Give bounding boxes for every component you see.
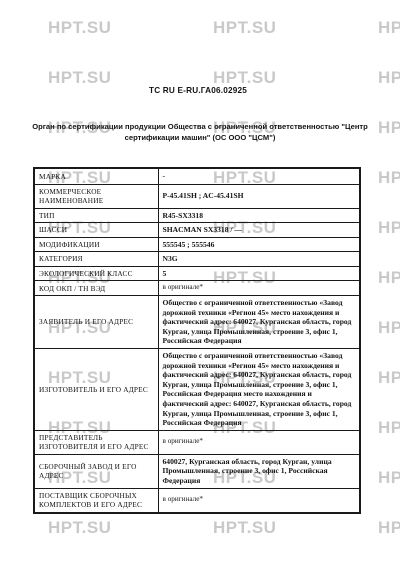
- table-row: МАРКА -: [34, 168, 360, 184]
- watermark-text: HPT.SU: [378, 168, 400, 188]
- table-row: ШАССИ SHACMAN SX3318 / —: [34, 223, 360, 238]
- watermark-text: HPT.SU: [48, 68, 111, 88]
- table-row: ПРЕДСТАВИТЕЛЬ ИЗГОТОВИТЕЛЯ И ЕГО АДРЕС в…: [34, 430, 360, 454]
- table-row: ТИП R45-SX3318: [34, 208, 360, 223]
- watermark-text: HPT.SU: [213, 18, 276, 38]
- watermark-text: HPT.SU: [378, 368, 400, 388]
- row-label: ЭКОЛОГИЧЕСКИЙ КЛАСС: [34, 266, 158, 281]
- certificate-page: HPT.SUHPT.SUHPT.SUHPT.SUHPT.SUHPT.SUHPT.…: [0, 0, 400, 565]
- watermark-text: HPT.SU: [213, 518, 276, 538]
- row-label: ЗАЯВИТЕЛЬ И ЕГО АДРЕС: [34, 296, 158, 349]
- row-value: N3G: [158, 252, 360, 267]
- row-label: ИЗГОТОВИТЕЛЬ И ЕГО АДРЕС: [34, 349, 158, 431]
- row-value: в оригинале*: [158, 281, 360, 296]
- table-row: ЭКОЛОГИЧЕСКИЙ КЛАСС 5: [34, 266, 360, 281]
- row-value: 5: [158, 266, 360, 281]
- watermark-text: HPT.SU: [378, 418, 400, 438]
- watermark-text: HPT.SU: [378, 218, 400, 238]
- watermark-text: HPT.SU: [378, 318, 400, 338]
- certificate-number: ТС RU E-RU.ГА06.02925: [0, 86, 396, 95]
- row-label: ШАССИ: [34, 223, 158, 238]
- certification-body-name: Орган по сертификации продукции Общества…: [30, 122, 370, 143]
- row-value: 640027, Курганская область, город Курган…: [158, 454, 360, 488]
- row-value: Общество с ограниченной ответственностью…: [158, 296, 360, 349]
- watermark-text: HPT.SU: [378, 268, 400, 288]
- row-label: КОММЕРЧЕСКОЕ НАИМЕНОВАНИЕ: [34, 184, 158, 208]
- row-value: в оригинале*: [158, 430, 360, 454]
- watermark-text: HPT.SU: [378, 518, 400, 538]
- row-value: SHACMAN SX3318 / —: [158, 223, 360, 238]
- watermark-text: HPT.SU: [378, 118, 400, 138]
- row-label: МАРКА: [34, 168, 158, 184]
- table-row: СБОРОЧНЫЙ ЗАВОД И ЕГО АДРЕС 640027, Кург…: [34, 454, 360, 488]
- row-label: ПРЕДСТАВИТЕЛЬ ИЗГОТОВИТЕЛЯ И ЕГО АДРЕС: [34, 430, 158, 454]
- table-row: ИЗГОТОВИТЕЛЬ И ЕГО АДРЕС Общество с огра…: [34, 349, 360, 431]
- row-label: МОДИФИКАЦИИ: [34, 237, 158, 252]
- row-value: 555545 ; 555546: [158, 237, 360, 252]
- row-value: в оригинале*: [158, 488, 360, 513]
- table-row: КОММЕРЧЕСКОЕ НАИМЕНОВАНИЕ P-45.41SH ; AC…: [34, 184, 360, 208]
- table-row: ЗАЯВИТЕЛЬ И ЕГО АДРЕС Общество с огранич…: [34, 296, 360, 349]
- row-value: P-45.41SH ; AC-45.41SH: [158, 184, 360, 208]
- row-value: R45-SX3318: [158, 208, 360, 223]
- table-row: КОД ОКП / ТН ВЭД в оригинале*: [34, 281, 360, 296]
- table-row: МОДИФИКАЦИИ 555545 ; 555546: [34, 237, 360, 252]
- table-row: КАТЕГОРИЯ N3G: [34, 252, 360, 267]
- row-label: ТИП: [34, 208, 158, 223]
- row-label: КАТЕГОРИЯ: [34, 252, 158, 267]
- watermark-text: HPT.SU: [48, 18, 111, 38]
- watermark-text: HPT.SU: [378, 468, 400, 488]
- watermark-text: HPT.SU: [48, 518, 111, 538]
- watermark-text: HPT.SU: [378, 18, 400, 38]
- table-row: ПОСТАВЩИК СБОРОЧНЫХ КОМПЛЕКТОВ И ЕГО АДР…: [34, 488, 360, 513]
- row-label: КОД ОКП / ТН ВЭД: [34, 281, 158, 296]
- watermark-text: HPT.SU: [378, 68, 400, 88]
- row-value: Общество с ограниченной ответственностью…: [158, 349, 360, 431]
- row-label: ПОСТАВЩИК СБОРОЧНЫХ КОМПЛЕКТОВ И ЕГО АДР…: [34, 488, 158, 513]
- row-value: -: [158, 168, 360, 184]
- certificate-table: МАРКА - КОММЕРЧЕСКОЕ НАИМЕНОВАНИЕ P-45.4…: [33, 167, 361, 514]
- watermark-text: HPT.SU: [213, 68, 276, 88]
- row-label: СБОРОЧНЫЙ ЗАВОД И ЕГО АДРЕС: [34, 454, 158, 488]
